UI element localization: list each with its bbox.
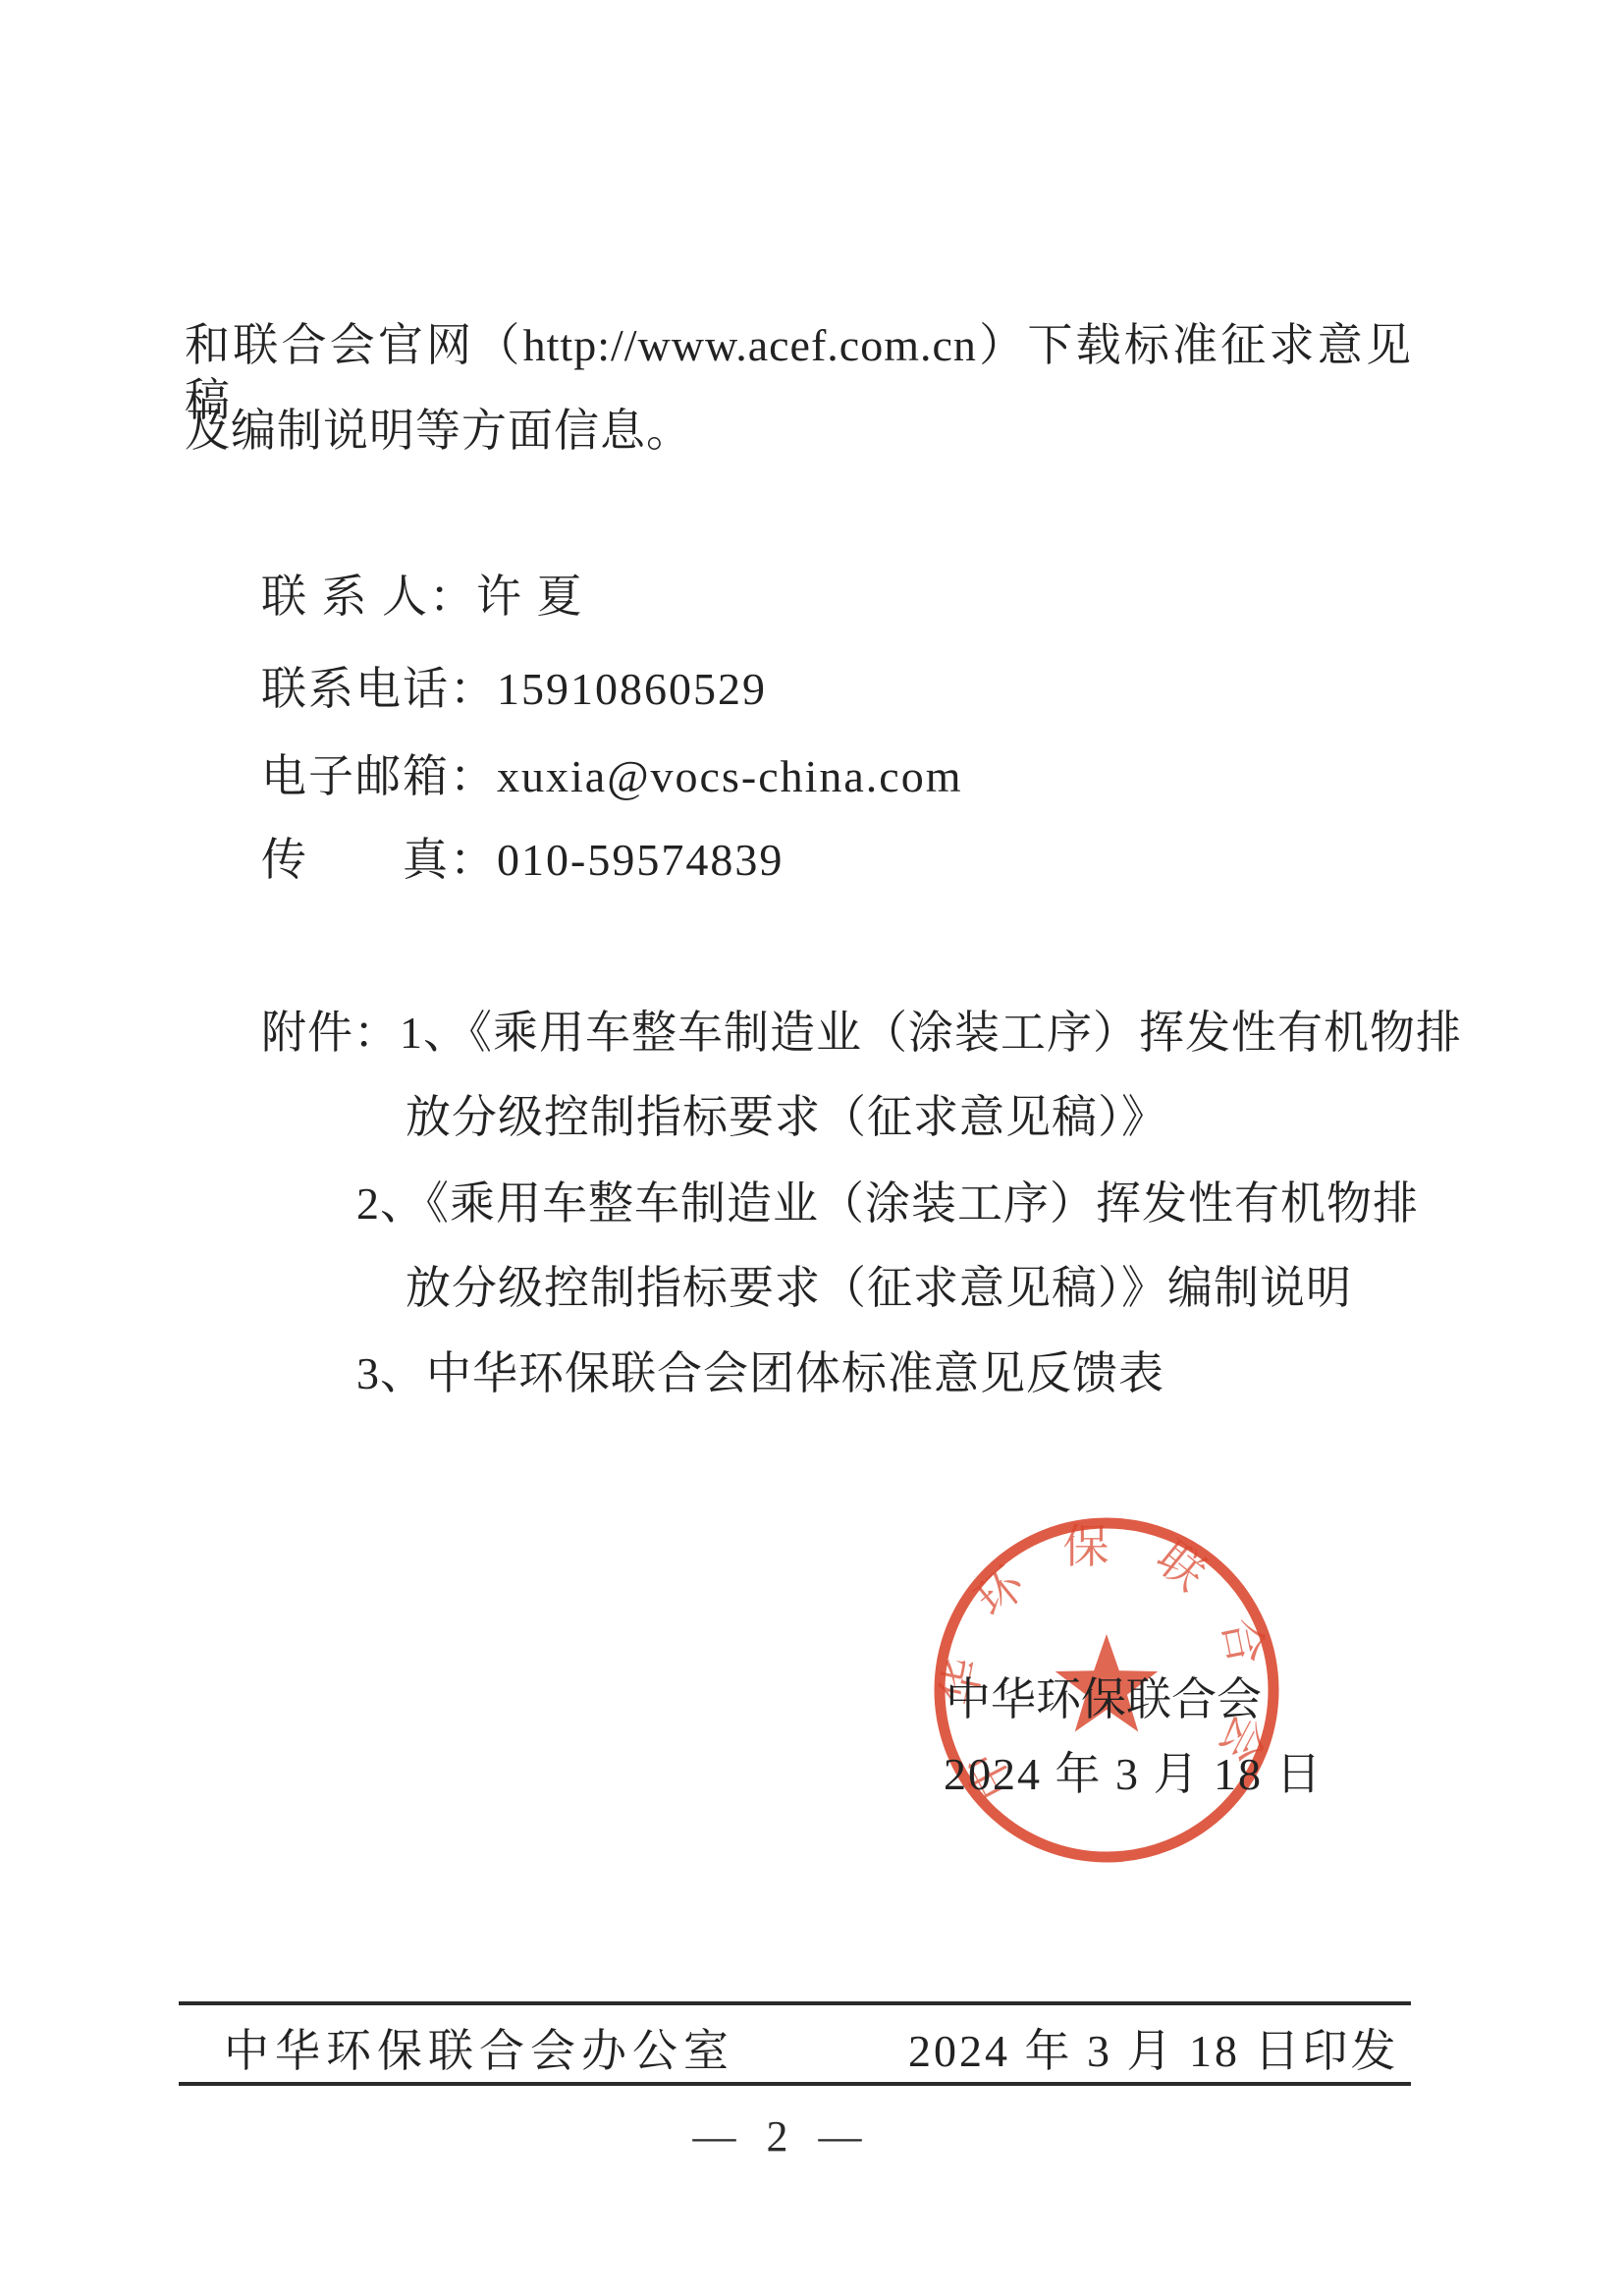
footer-issue-date: 2024 年 3 月 18 日印发: [908, 2024, 1399, 2079]
paragraph-line-2: 及编制说明等方面信息。: [185, 404, 692, 459]
contact-fax: 传 真：010-59574839: [261, 833, 784, 888]
attachment-line-5: 3、中华环保联合会团体标准意见反馈表: [356, 1346, 1164, 1401]
document-page: 和联合会官网（http://www.acef.com.cn）下载标准征求意见稿 …: [0, 0, 1623, 2296]
contact-person: 联 系 人：许 夏: [261, 570, 584, 625]
page-number: — 2 —: [0, 2111, 1594, 2161]
attachment-line-2: 放分级控制指标要求（征求意见稿）》: [406, 1090, 1167, 1145]
attachment-line-4: 放分级控制指标要求（征求意见稿）》编制说明: [406, 1261, 1352, 1316]
attachment-line-3: 2、《乘用车整车制造业（涂装工序）挥发性有机物排: [356, 1176, 1419, 1231]
footer-rule-bottom: [179, 2082, 1411, 2086]
contact-phone: 联系电话：15910860529: [261, 662, 767, 717]
footer-rule-top: [179, 2001, 1411, 2005]
signature-date: 2024 年 3 月 18 日: [944, 1747, 1324, 1802]
signature-org: 中华环保联合会: [946, 1672, 1262, 1727]
contact-email: 电子邮箱：xuxia@vocs-china.com: [261, 749, 963, 804]
footer-office: 中华环保联合会办公室: [224, 2024, 734, 2079]
attachment-line-1: 附件：1、《乘用车整车制造业（涂装工序）挥发性有机物排: [261, 1006, 1462, 1061]
